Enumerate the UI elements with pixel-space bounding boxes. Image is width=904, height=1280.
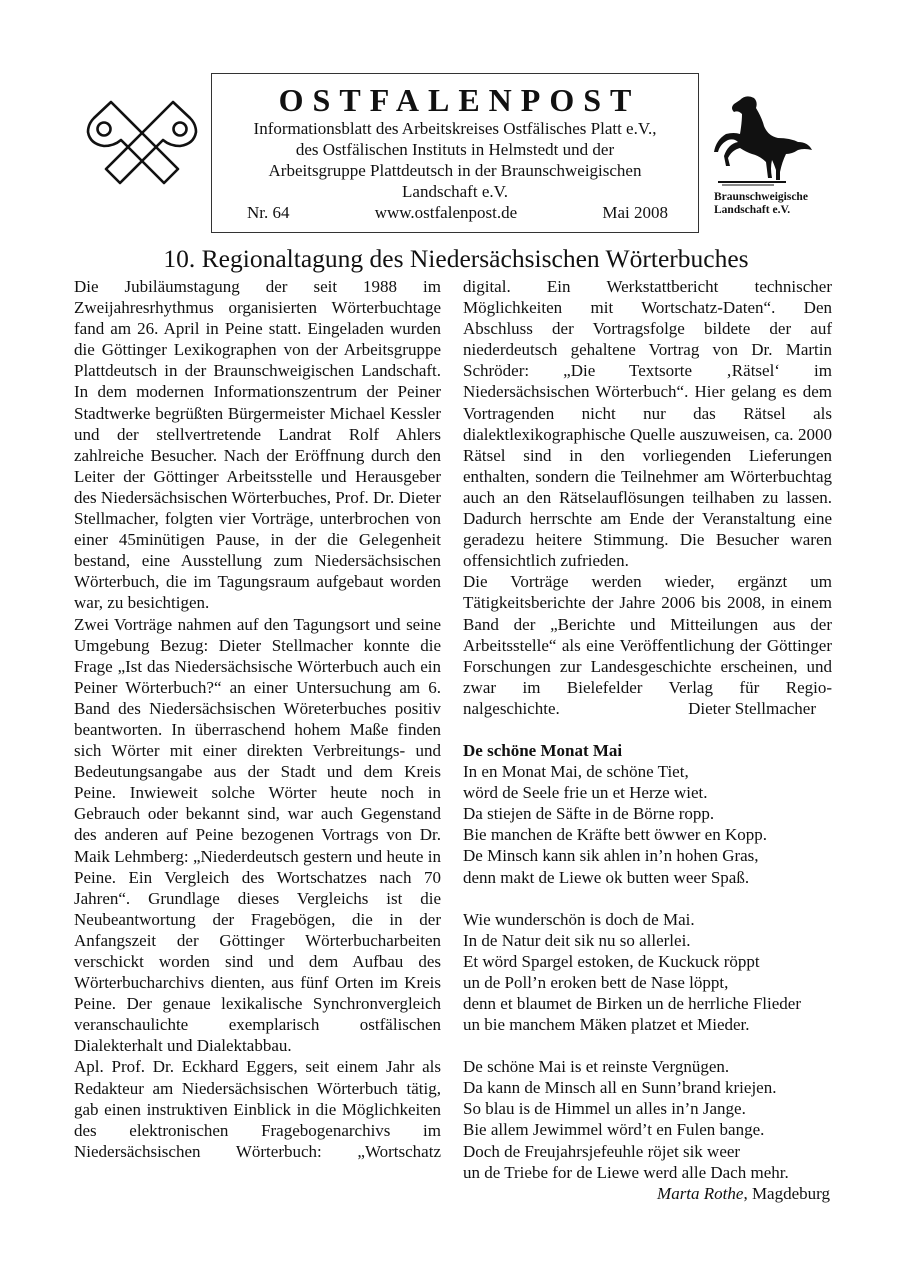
newsletter-title: OSTFALENPOST xyxy=(212,82,698,118)
braunschweig-logo: Braunschweigische Landschaft e.V. xyxy=(712,92,832,222)
article-paragraph: Apl. Prof. Dr. Eckhard Eggers, seit eine… xyxy=(74,1056,441,1161)
article-paragraph: digital. Ein Werkstattbericht technische… xyxy=(463,276,832,571)
issue-date: Mai 2008 xyxy=(602,203,668,223)
article-paragraph: Die Jubiläumstagung der seit 1988 im Zwe… xyxy=(74,276,441,614)
article-signature-row: nalgeschichte. Dieter Stellmacher xyxy=(463,698,832,719)
article-last-line: nalgeschichte. xyxy=(463,698,560,719)
article-author: Dieter Stellmacher xyxy=(688,698,816,719)
poem-line: In en Monat Mai, de schöne Tiet, xyxy=(463,761,832,782)
poem-line: In de Natur deit sik nu so allerlei. xyxy=(463,930,832,951)
ostfalen-logo xyxy=(84,98,200,188)
poem-line: denn et blaumet de Birken un de herrlich… xyxy=(463,993,832,1014)
logo-label-line: Landschaft e.V. xyxy=(714,204,832,217)
poem-line: Et wörd Spargel estoken, de Kuckuck röpp… xyxy=(463,951,832,972)
logo-label: Braunschweigische Landschaft e.V. xyxy=(714,191,832,217)
masthead: OSTFALENPOST Informationsblatt des Arbei… xyxy=(211,73,699,233)
poem-line: Da kann de Minsch all en Sunn’brand krie… xyxy=(463,1077,832,1098)
issue-number: Nr. 64 xyxy=(247,203,290,223)
article-paragraph: Die Vorträge werden wieder, ergänzt um T… xyxy=(463,571,832,698)
poem-line: So blau is de Himmel un alles in’n Jange… xyxy=(463,1098,832,1119)
article-column-right: digital. Ein Werkstattbericht technische… xyxy=(463,276,832,1204)
subtitle-line: des Ostfälischen Instituts in Helmstedt … xyxy=(212,140,698,160)
poem-stanza: In en Monat Mai, de schöne Tiet, wörd de… xyxy=(463,761,832,888)
poem-line: De schöne Mai is et reinste Vergnügen. xyxy=(463,1056,832,1077)
website-link[interactable]: www.ostfalenpost.de xyxy=(375,203,517,223)
poem-author-place: , Magdeburg xyxy=(743,1184,830,1203)
poem-line: un de Poll’n eroken bett de Nase löppt, xyxy=(463,972,832,993)
poem-line: Bie allem Jewimmel wörd’t en Fulen bange… xyxy=(463,1119,832,1140)
subtitle-line: Arbeitsgruppe Plattdeutsch in der Brauns… xyxy=(212,161,698,181)
subtitle-line: Informationsblatt des Arbeitskreises Ost… xyxy=(212,119,698,139)
poem-line: De Minsch kann sik ahlen in’n hohen Gras… xyxy=(463,845,832,866)
crossed-keys-logo-icon xyxy=(84,98,200,188)
article-headline: 10. Regionaltagung des Niedersächsischen… xyxy=(0,244,904,274)
poem-author-name: Marta Rothe xyxy=(657,1184,743,1203)
article-paragraph: Zwei Vorträge nahmen auf den Tagungsort … xyxy=(74,614,441,1057)
poem-line: un bie manchem Mäken platzet et Mieder. xyxy=(463,1014,832,1035)
poem-line: wörd de Seele frie un et Herze wiet. xyxy=(463,782,832,803)
rearing-horse-logo-icon xyxy=(712,92,822,187)
poem-author: Marta Rothe, Magdeburg xyxy=(463,1183,832,1204)
poem-line: Doch de Freujahrsjefeuhle röjet sik weer xyxy=(463,1141,832,1162)
article-column-left: Die Jubiläumstagung der seit 1988 im Zwe… xyxy=(74,276,441,1162)
poem-line: Da stiejen de Säfte in de Börne ropp. xyxy=(463,803,832,824)
issue-meta: Nr. 64 www.ostfalenpost.de Mai 2008 xyxy=(212,203,698,223)
poem-line: Wie wunderschön is doch de Mai. xyxy=(463,909,832,930)
poem-title: De schöne Monat Mai xyxy=(463,740,832,761)
poem-stanza: De schöne Mai is et reinste Vergnügen. D… xyxy=(463,1056,832,1183)
poem-line: un de Triebe for de Liewe werd alle Dach… xyxy=(463,1162,832,1183)
poem-line: Bie manchen de Kräfte bett öwwer en Kopp… xyxy=(463,824,832,845)
subtitle-line: Landschaft e.V. xyxy=(212,182,698,202)
logo-label-line: Braunschweigische xyxy=(714,191,832,204)
poem-line: denn makt de Liewe ok butten weer Spaß. xyxy=(463,867,832,888)
poem-stanza: Wie wunderschön is doch de Mai. In de Na… xyxy=(463,909,832,1036)
